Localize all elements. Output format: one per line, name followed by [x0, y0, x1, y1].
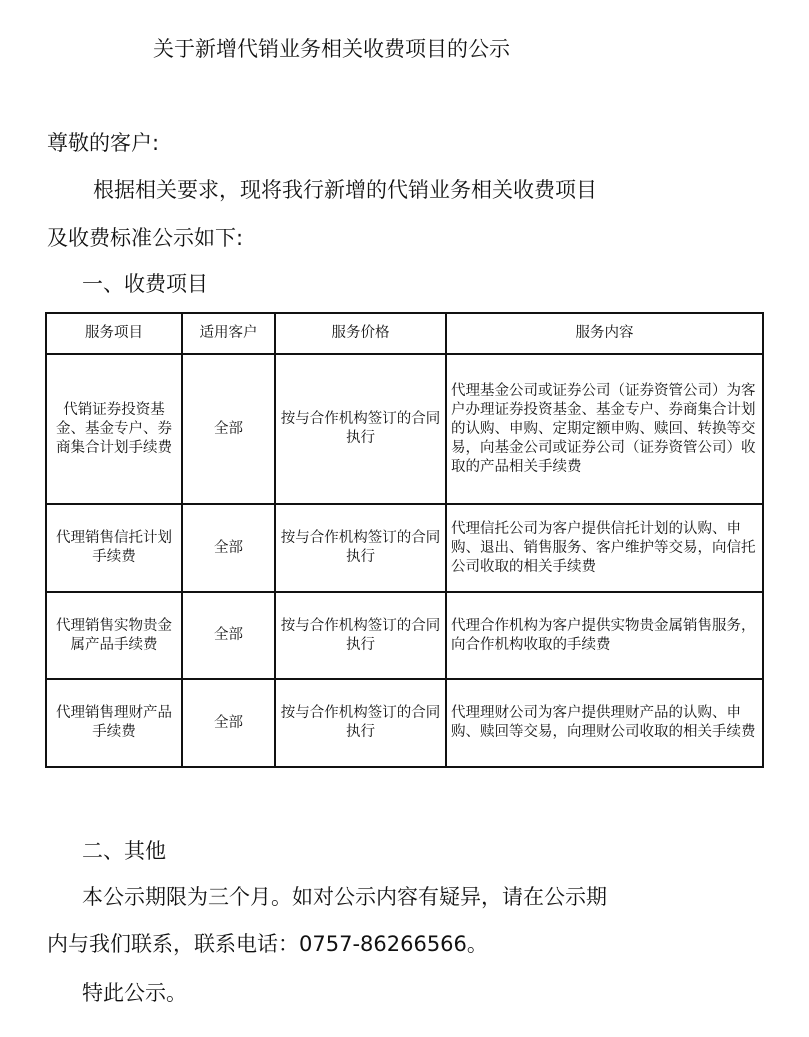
cell-customers: 全部 [182, 354, 275, 504]
table-row: 代理销售实物贵金属产品手续费 全部 按与合作机构签订的合同执行 代理合作机构为客… [46, 592, 763, 679]
cell-customers: 全部 [182, 504, 275, 592]
section-heading-other: 二、其他 [82, 838, 166, 864]
cell-price: 按与合作机构签订的合同执行 [275, 592, 446, 679]
closing-text: 特此公示。 [82, 980, 187, 1006]
table-header-row: 服务项目 适用客户 服务价格 服务内容 [46, 313, 763, 354]
cell-price: 按与合作机构签订的合同执行 [275, 504, 446, 592]
cell-customers: 全部 [182, 679, 275, 767]
cell-service-item: 代理销售实物贵金属产品手续费 [46, 592, 182, 679]
cell-service-item: 代销证券投资基金、基金专户、券商集合计划手续费 [46, 354, 182, 504]
section-heading-fee-items: 一、收费项目 [82, 271, 208, 297]
header-service-content: 服务内容 [446, 313, 763, 354]
fee-items-table: 服务项目 适用客户 服务价格 服务内容 代销证券投资基金、基金专户、券商集合计划… [45, 312, 764, 768]
cell-content: 代理合作机构为客户提供实物贵金属销售服务，向合作机构收取的手续费 [446, 592, 763, 679]
header-applicable-customers: 适用客户 [182, 313, 275, 354]
cell-price: 按与合作机构签订的合同执行 [275, 679, 446, 767]
cell-content: 代理基金公司或证券公司（证券资管公司）为客户办理证券投资基金、基金专户、券商集合… [446, 354, 763, 504]
other-paragraph-line2: 内与我们联系，联系电话：0757-86266566。 [47, 931, 488, 957]
cell-service-item: 代理销售信托计划手续费 [46, 504, 182, 592]
table-row: 代销证券投资基金、基金专户、券商集合计划手续费 全部 按与合作机构签订的合同执行… [46, 354, 763, 504]
cell-content: 代理理财公司为客户提供理财产品的认购、申购、赎回等交易，向理财公司收取的相关手续… [446, 679, 763, 767]
document-title: 关于新增代销业务相关收费项目的公示 [153, 36, 510, 62]
greeting: 尊敬的客户: [47, 130, 159, 156]
cell-customers: 全部 [182, 592, 275, 679]
other-paragraph-line1: 本公示期限为三个月。如对公示内容有疑异，请在公示期 [82, 884, 607, 910]
intro-paragraph-line1: 根据相关要求，现将我行新增的代销业务相关收费项目 [93, 177, 597, 203]
header-service-price: 服务价格 [275, 313, 446, 354]
cell-service-item: 代理销售理财产品手续费 [46, 679, 182, 767]
cell-content: 代理信托公司为客户提供信托计划的认购、申购、退出、销售服务、客户维护等交易，向信… [446, 504, 763, 592]
cell-price: 按与合作机构签订的合同执行 [275, 354, 446, 504]
header-service-item: 服务项目 [46, 313, 182, 354]
intro-paragraph-line2: 及收费标准公示如下: [47, 225, 243, 251]
table-row: 代理销售理财产品手续费 全部 按与合作机构签订的合同执行 代理理财公司为客户提供… [46, 679, 763, 767]
table-row: 代理销售信托计划手续费 全部 按与合作机构签订的合同执行 代理信托公司为客户提供… [46, 504, 763, 592]
